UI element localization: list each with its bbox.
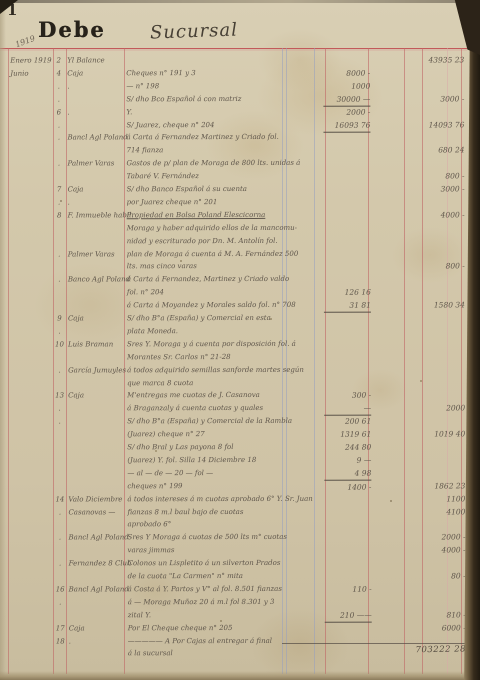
amount-inner: 9 —: [324, 454, 371, 467]
entry-date: Junio: [10, 67, 52, 80]
amount-right: 2000: [418, 402, 465, 415]
entry-day: .: [54, 596, 67, 609]
amount-right: 3000 -: [418, 182, 465, 195]
entry-account: Fernandez 8 Club: [69, 557, 125, 570]
amount-right: 3000 -: [417, 92, 464, 105]
ledger-row: aprobado 6°: [0, 518, 470, 532]
paper-left-edge: [0, 0, 6, 680]
entry-description: S/ dho Banco Español á su cuenta: [127, 183, 283, 196]
ledger-row: ..por Juarez cheque n° 201: [0, 195, 470, 209]
entry-account: Banco Agl Poland: [68, 274, 124, 287]
amount-right: 800 -: [418, 170, 465, 183]
entry-description: á todos adquirido semillas sanforde mart…: [127, 363, 283, 376]
amount-right: 1019 40: [418, 428, 465, 441]
entry-account: F. Immueble habil.: [68, 209, 124, 222]
entry-day: 10: [53, 338, 66, 351]
entry-day: .: [53, 416, 66, 429]
amount-right: 43935 23: [417, 53, 464, 66]
entry-description: á Carta á Fernandez Martinez y Criado fo…: [126, 131, 282, 144]
entry-description: (Juarez) Y. fol. Silla 14 Diciembre 18: [127, 454, 283, 467]
entry-account: Valo Diciembre: [68, 493, 124, 506]
amount-inner: 126 16: [324, 286, 371, 299]
ledger-row: .Bancl Agl Polandá Carta á Fernandez Mar…: [0, 131, 469, 145]
entry-account: .: [67, 80, 123, 93]
ledger-row: .plata Moneda.: [0, 324, 470, 338]
entry-account: Casanovas —: [68, 506, 124, 519]
amount-inner: 200 61: [324, 415, 371, 428]
entry-description: á la sucursal: [128, 647, 284, 660]
entry-day: .: [53, 403, 66, 416]
grand-total-amount: 703222 28: [396, 644, 466, 655]
entry-description: M'entregas me cuotas de J. Casanova: [127, 389, 283, 402]
ledger-row: .Palmer VarasGastos de p/ plan de Moraga…: [0, 157, 470, 171]
entry-description: Morantes Sr. Carlos n° 21-28: [127, 351, 283, 364]
amount-inner: 110 -: [325, 583, 372, 596]
ledger-row: nidad y escriturado por Dn. M. Antolín f…: [0, 234, 470, 248]
amount-right: 80 -: [419, 569, 466, 582]
entry-day: .: [52, 119, 65, 132]
amount-inner: 2000 -: [323, 105, 370, 118]
entry-description: (Juarez) cheque n° 27: [127, 428, 283, 441]
entry-day: .: [53, 196, 66, 209]
entry-description: fianzas 8 m.l baul bajo de cuotas: [127, 505, 283, 518]
entry-day: 6: [52, 106, 65, 119]
entry-description: Por El Cheque cheque n° 205: [128, 621, 284, 634]
entry-description: S/ Juarez, cheque n° 204: [126, 118, 282, 131]
entry-description: á — Moraga Muñoz 20 á m.l fol 8.301 y 3: [128, 596, 284, 609]
amount-inner: 1319 61: [324, 428, 371, 441]
amount-right: 1580 34: [418, 299, 465, 312]
entry-description: plata Moneda.: [127, 325, 283, 338]
entry-day: .: [52, 80, 65, 93]
entry-description: Moraga y haber adquirido ellos de la man…: [127, 222, 283, 235]
ledger-row: lts. mas cinco varas800 -: [0, 260, 470, 274]
entry-account: Caja: [68, 390, 124, 403]
amount-inner: 4 98: [324, 466, 371, 479]
entry-day: .: [53, 506, 66, 519]
amount-inner: 244 80: [324, 441, 371, 454]
entry-description: zital Y.: [128, 609, 284, 622]
ledger-row: cheques n° 1991400 -1862 23: [0, 479, 470, 493]
entry-day: 14: [53, 493, 66, 506]
entry-day: .: [53, 325, 66, 338]
entry-description: Propiedad en Bolsa Poland Elescicorna: [127, 209, 283, 222]
entry-description: Tabaré V. Fernández: [127, 170, 283, 183]
entry-description: de la cuota "La Carmen" n° mita: [128, 570, 284, 583]
entry-account: Bancl Agl Poland: [67, 132, 123, 145]
ledger-entries: Enero 19192Yl Balance43935 23Junio4CajaC…: [0, 0, 480, 680]
entry-account: Caja: [69, 622, 125, 635]
entry-day: .: [52, 93, 65, 106]
entry-account: Yl Balance: [67, 54, 123, 67]
entry-day: .: [53, 364, 66, 377]
entry-description: á Carta á Moyandez y Morales saldo fol. …: [127, 299, 283, 312]
entry-day: 8: [53, 209, 66, 222]
entry-description: lts. mas cinco varas: [127, 260, 283, 273]
entry-day: .: [52, 132, 65, 145]
amount-right: 4000 -: [419, 544, 466, 557]
entry-description: S/ dho B°a (España) y Comercial en esta: [127, 312, 283, 325]
entry-day: 9: [53, 312, 66, 325]
amount-right: 680 24: [417, 144, 464, 157]
entry-description: S/ dho Bco Español á con matriz: [126, 93, 282, 106]
ledger-row: zital Y.210 ——810 -: [1, 608, 471, 622]
entry-day: 16: [54, 583, 67, 596]
entry-account: Caja: [68, 183, 124, 196]
ledger-row: 16Bancl Agl Polandá Costa á Y. Partos y …: [1, 582, 471, 596]
entry-account: Caja: [68, 312, 124, 325]
entry-day: .: [54, 532, 67, 545]
entry-description: por Juarez cheque n° 201: [127, 196, 283, 209]
entry-account: García Jumuyles: [68, 364, 124, 377]
ledger-row: .S/ dho B°a (España) y Comercial de la R…: [0, 415, 470, 429]
amount-inner: 8000 -: [323, 67, 370, 80]
entry-description: á Costa á Y. Partos y V° al fol. 8.501 f…: [128, 583, 284, 596]
ledger-row: 6.Y.2000 -: [0, 105, 469, 119]
entry-description: varas jimmas: [128, 544, 284, 557]
paper-top-edge: [0, 0, 480, 3]
entry-day: .: [53, 158, 66, 171]
amount-inner: 1000: [323, 79, 370, 92]
entry-description: S/ dho Bral y Las payona 8 fol: [127, 441, 283, 454]
amount-right: 6000 -: [419, 621, 466, 634]
entry-description: que marca 8 cuota: [127, 376, 283, 389]
amount-right: 810 -: [419, 608, 466, 621]
entry-description: á Braganzaly á cuenta cuotas y quales: [127, 402, 283, 415]
ledger-row: .García Jumuylesá todos adquirido semill…: [0, 363, 470, 377]
ledger-row: á Carta á Moyandez y Morales saldo fol. …: [0, 298, 470, 312]
entry-day: 13: [53, 390, 66, 403]
entry-date: Enero 1919: [10, 54, 52, 67]
amount-inner: 300 -: [324, 389, 371, 402]
entry-description: á Carta á Fernandez, Martinez y Criado v…: [127, 273, 283, 286]
entry-account: Palmer Varas: [68, 248, 124, 261]
ledger-page-scan: 1 Debe Sucursal 1919 Enero 19192Yl Balan…: [0, 0, 480, 680]
entry-account: Bancl Agl Poland: [69, 583, 125, 596]
entry-description: Sres Y Moraga á cuotas de 500 lts m° cuo…: [128, 531, 284, 544]
entry-description: Y.: [126, 105, 282, 118]
entry-description: — n° 198: [126, 80, 282, 93]
entry-description: cheques n° 199: [127, 480, 283, 493]
ledger-row: 13CajaM'entregas me cuotas de J. Casanov…: [0, 389, 470, 403]
ledger-row: Moraga y haber adquirido ellos de la man…: [0, 221, 470, 235]
entry-description: fol. n° 204: [127, 286, 283, 299]
entry-description: Gastos de p/ plan de Moraga de 800 lts. …: [127, 157, 283, 170]
ledger-row: .Fernandez 8 ClubColonos un Lispletito á…: [1, 556, 471, 570]
ledger-row: 14Valo Diciembreá todos intereses á m cu…: [0, 492, 470, 506]
entry-account: Caja: [67, 67, 123, 80]
entry-account: Bancl Agl Poland: [69, 532, 125, 545]
ledger-row: varas jimmas4000 -: [1, 544, 471, 558]
entry-account: Palmer Varas: [68, 157, 124, 170]
entry-account: .: [68, 196, 124, 209]
ledger-row: Morantes Sr. Carlos n° 21-28: [0, 350, 470, 364]
entry-description: nidad y escriturado por Dn. M. Antolín f…: [127, 234, 283, 247]
entry-account: Luis Braman: [68, 338, 124, 351]
entry-description: ————— A Por Cajas al entregar á final: [128, 634, 284, 647]
ledger-row: Junio4CajaCheques n° 191 y 38000 -: [0, 66, 469, 80]
ledger-row: .S/ dho Bco Español á con matriz30000 —3…: [0, 92, 469, 106]
entry-day: .: [54, 558, 67, 571]
amount-right: 1862 23: [418, 479, 465, 492]
entry-day: 2: [52, 54, 65, 67]
entry-account: .: [67, 106, 123, 119]
entry-day: 18: [54, 635, 67, 648]
amount-right: 800 -: [418, 260, 465, 273]
entry-day: 17: [54, 622, 67, 635]
entry-day: 4: [52, 67, 65, 80]
entry-day: 7: [53, 183, 66, 196]
ledger-row: (Juarez) cheque n° 271319 611019 40: [0, 427, 470, 441]
entry-description: S/ dho B°a (España) y Comercial de la Ra…: [127, 415, 283, 428]
entry-description: Cheques n° 191 y 3: [126, 67, 282, 80]
amount-right: 14093 76: [417, 118, 464, 131]
entry-description: 714 fianza: [126, 144, 282, 157]
entry-account: .: [69, 635, 125, 648]
entry-day: .: [53, 248, 66, 261]
amount-right: 4000 -: [418, 208, 465, 221]
amount-right: 1100: [418, 492, 465, 505]
ledger-row: (Juarez) Y. fol. Silla 14 Diciembre 189 …: [0, 453, 470, 467]
ledger-row: fol. n° 204126 16: [0, 286, 470, 300]
amount-right: 2000 -: [419, 531, 466, 544]
entry-description: aprobado 6°: [127, 518, 283, 531]
entry-day: .: [53, 274, 66, 287]
entry-description: Sres Y. Moraga y á cuenta por disposició…: [127, 338, 283, 351]
amount-right: 4100: [418, 505, 465, 518]
ledger-row: 17CajaPor El Cheque cheque n° 2056000 -: [1, 621, 471, 635]
entry-description: Colonos un Lispletito á un silverton Pra…: [128, 557, 284, 570]
entry-description: plan de Moraga á cuenta á M. A. Fernánde…: [127, 247, 283, 260]
paper-bottom-edge: [0, 671, 480, 680]
entry-description: á todos intereses á m cuotas aprobado 6°…: [127, 492, 283, 505]
entry-description: — al — de — 20 — fol —: [127, 467, 283, 480]
ledger-row: Tabaré V. Fernández800 -: [0, 169, 470, 183]
